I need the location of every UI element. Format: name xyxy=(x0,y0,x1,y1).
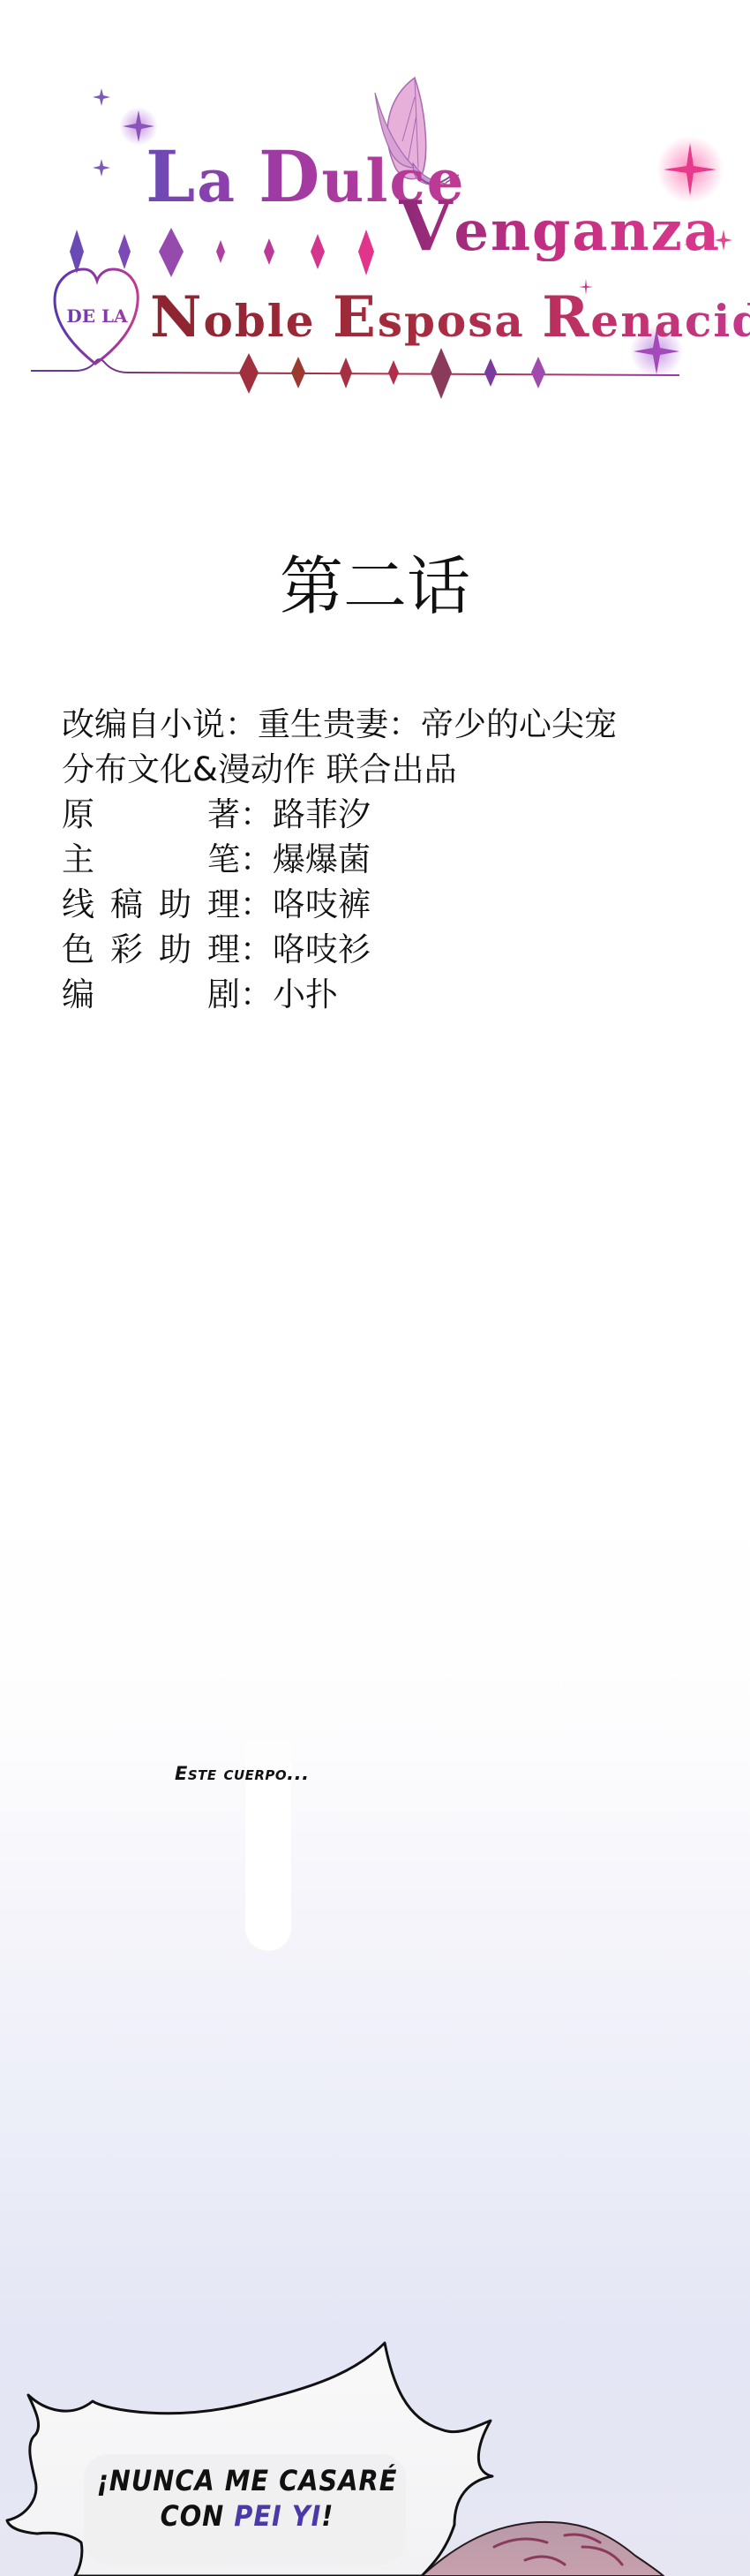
credit-label: 编剧 xyxy=(62,972,240,1017)
narration-caption: Este cuerpo... xyxy=(175,1763,310,1784)
chapter-title: 第二话 xyxy=(0,554,750,618)
speech-bubble-text: ¡NUNCA ME CASARÉ CON PEI YI! xyxy=(53,2463,441,2534)
comic-title-logo: La Dulce Venganza DE LA Noble Esposa Ren… xyxy=(0,53,750,406)
speech-line-2: CON PEI YI! xyxy=(53,2498,441,2534)
credit-value: 路菲汐 xyxy=(273,792,371,837)
credit-line: 改编自小说：重生贵妻：帝少的心尖宠 xyxy=(62,702,617,747)
speech-line-1: ¡NUNCA ME CASARÉ xyxy=(53,2463,441,2498)
credit-separator: ： xyxy=(240,837,273,882)
name-highlight: PEI YI xyxy=(234,2499,321,2533)
credit-value: 咯吱裤 xyxy=(273,882,371,927)
credit-label: 色彩助理 xyxy=(62,927,240,972)
credit-line: 编剧：小扑 xyxy=(62,972,617,1017)
credit-label: 主笔 xyxy=(62,837,240,882)
credit-line: 色彩助理：咯吱衫 xyxy=(62,927,617,972)
credit-value: 咯吱衫 xyxy=(273,927,371,972)
credit-separator: ： xyxy=(240,792,273,837)
credit-line: 线稿助理：咯吱裤 xyxy=(62,882,617,927)
credit-separator: ： xyxy=(240,927,273,972)
credit-label: 分布文化&漫动作 联合出品 xyxy=(62,747,457,792)
credit-line: 主笔：爆爆菌 xyxy=(62,837,617,882)
credits-list: 改编自小说：重生贵妻：帝少的心尖宠分布文化&漫动作 联合出品原著：路菲汐主笔：爆… xyxy=(62,702,617,1017)
speech-bubble xyxy=(0,2331,512,2576)
credit-value: 重生贵妻：帝少的心尖宠 xyxy=(258,702,617,747)
credit-separator: ： xyxy=(225,702,258,747)
credit-label: 线稿助理 xyxy=(62,882,240,927)
title-line-venganza: Venganza xyxy=(399,192,721,261)
title-line-noble-esposa-renacida: Noble Esposa Renacida xyxy=(150,290,750,346)
credit-label: 改编自小说 xyxy=(62,702,225,747)
credit-line: 原著：路菲汐 xyxy=(62,792,617,837)
credit-value: 爆爆菌 xyxy=(273,837,371,882)
heart-label-de-la: DE LA xyxy=(62,305,132,327)
credit-separator: ： xyxy=(240,882,273,927)
credit-separator: ： xyxy=(240,972,273,1017)
credit-line: 分布文化&漫动作 联合出品 xyxy=(62,747,617,792)
credit-value: 小扑 xyxy=(273,972,338,1017)
credit-label: 原著 xyxy=(62,792,240,837)
diamond-divider xyxy=(31,348,679,399)
